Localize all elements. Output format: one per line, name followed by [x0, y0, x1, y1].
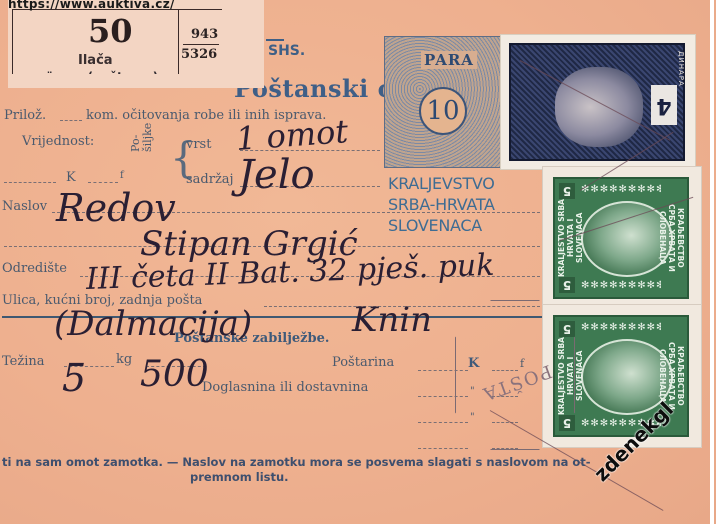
kingdom-line-3: SLOVENACA — [388, 215, 495, 236]
handwritten-weight-kg: 5 — [62, 356, 86, 400]
portrait-icon — [555, 67, 643, 147]
prilog-field[interactable] — [60, 120, 82, 121]
stamp-text-latin: KRALJESTVO SRBA HRVATA I SLOVENACA — [557, 199, 584, 277]
star-border: ✻✻✻✻✻✻✻✻✻✻ — [581, 321, 661, 335]
footer-instruction: ti na sam omot zamotka. — Naslov na zamo… — [2, 455, 591, 469]
handwritten-city: Knin — [352, 300, 432, 340]
stamp-para-label: PARA — [421, 51, 477, 69]
kingdom-imprint: KRALJEVSTVO SRBA-HRVATA SLOVENACA — [388, 173, 495, 236]
tezina-label: Težina — [2, 354, 45, 369]
label-divider — [178, 9, 179, 84]
kg-unit: kg — [116, 352, 132, 367]
value-label: Vrijednost: — [22, 134, 94, 149]
extra-fee-field[interactable] — [418, 422, 468, 423]
prilog-label: Prilož. — [4, 108, 46, 123]
stamp-text-cyrillic: КРАЉЕВСТВО СРБА ХРВАТА И СЛОВЕНАЦА — [658, 199, 685, 277]
label-overlap — [8, 74, 264, 88]
currency-f: f — [120, 170, 124, 181]
stamp-frame: ✻✻✻✻✻✻✻✻✻✻ ✻✻✻✻✻✻✻✻✻✻ KRALJESTVO SRBA HR… — [553, 177, 689, 299]
watermark-top[interactable]: https://www.auktiva.cz/ — [8, 0, 175, 11]
value-f-field[interactable] — [88, 182, 118, 183]
label-fee: 50 — [88, 12, 133, 50]
value-k-field[interactable] — [4, 182, 56, 183]
postarina-label: Poštarina — [332, 355, 394, 370]
kingdom-line-1: KRALJEVSTVO — [388, 173, 495, 194]
sadrzaj-label: sadržaj — [186, 172, 234, 187]
star-border: ✻✻✻✻✻✻✻✻✻✻ — [581, 279, 661, 293]
extra-fee-field-2[interactable] — [418, 448, 468, 449]
footer-instruction-cont: premnom listu. — [190, 470, 289, 484]
stamp-side-text: ДИНАРА — [677, 51, 685, 87]
stamp-value: 5 — [559, 183, 575, 199]
printed-postage-stamp: PARA 10 — [384, 36, 502, 168]
header-mark: SHS. — [268, 43, 305, 59]
posiljke-label: Po-šiljke — [130, 123, 154, 152]
handwritten-sadrzaj: Jelo — [238, 152, 315, 198]
label-number-bottom: 5326 — [181, 47, 217, 62]
vrst-label: vrst — [186, 137, 211, 152]
stamp-value: 5 — [559, 277, 575, 293]
fraction-line — [183, 44, 219, 45]
parcel-dispatch-card: https://www.auktiva.cz/ 50 Ilača p. ügyn… — [0, 0, 716, 524]
doglasnina-label: Doglasnina ili dostavnina — [202, 380, 368, 395]
naslov-label: Naslov — [2, 199, 47, 214]
kingdom-line-2: SRBA-HRVATA — [388, 194, 495, 215]
label-place: Ilača — [78, 53, 113, 68]
currency-k: K — [66, 170, 76, 185]
handwritten-region: (Dalmacija) — [54, 304, 252, 344]
star-border: ✻✻✻✻✻✻✻✻✻✻ — [581, 183, 661, 197]
odrediste-label: Odredište — [2, 261, 67, 276]
handwritten-weight-g: 500 — [140, 354, 209, 395]
stamp-para-value: 10 — [419, 87, 467, 135]
header-mark-line — [266, 39, 284, 41]
label-number-top: 943 — [191, 27, 218, 42]
stamp-value: 4 — [651, 85, 677, 125]
